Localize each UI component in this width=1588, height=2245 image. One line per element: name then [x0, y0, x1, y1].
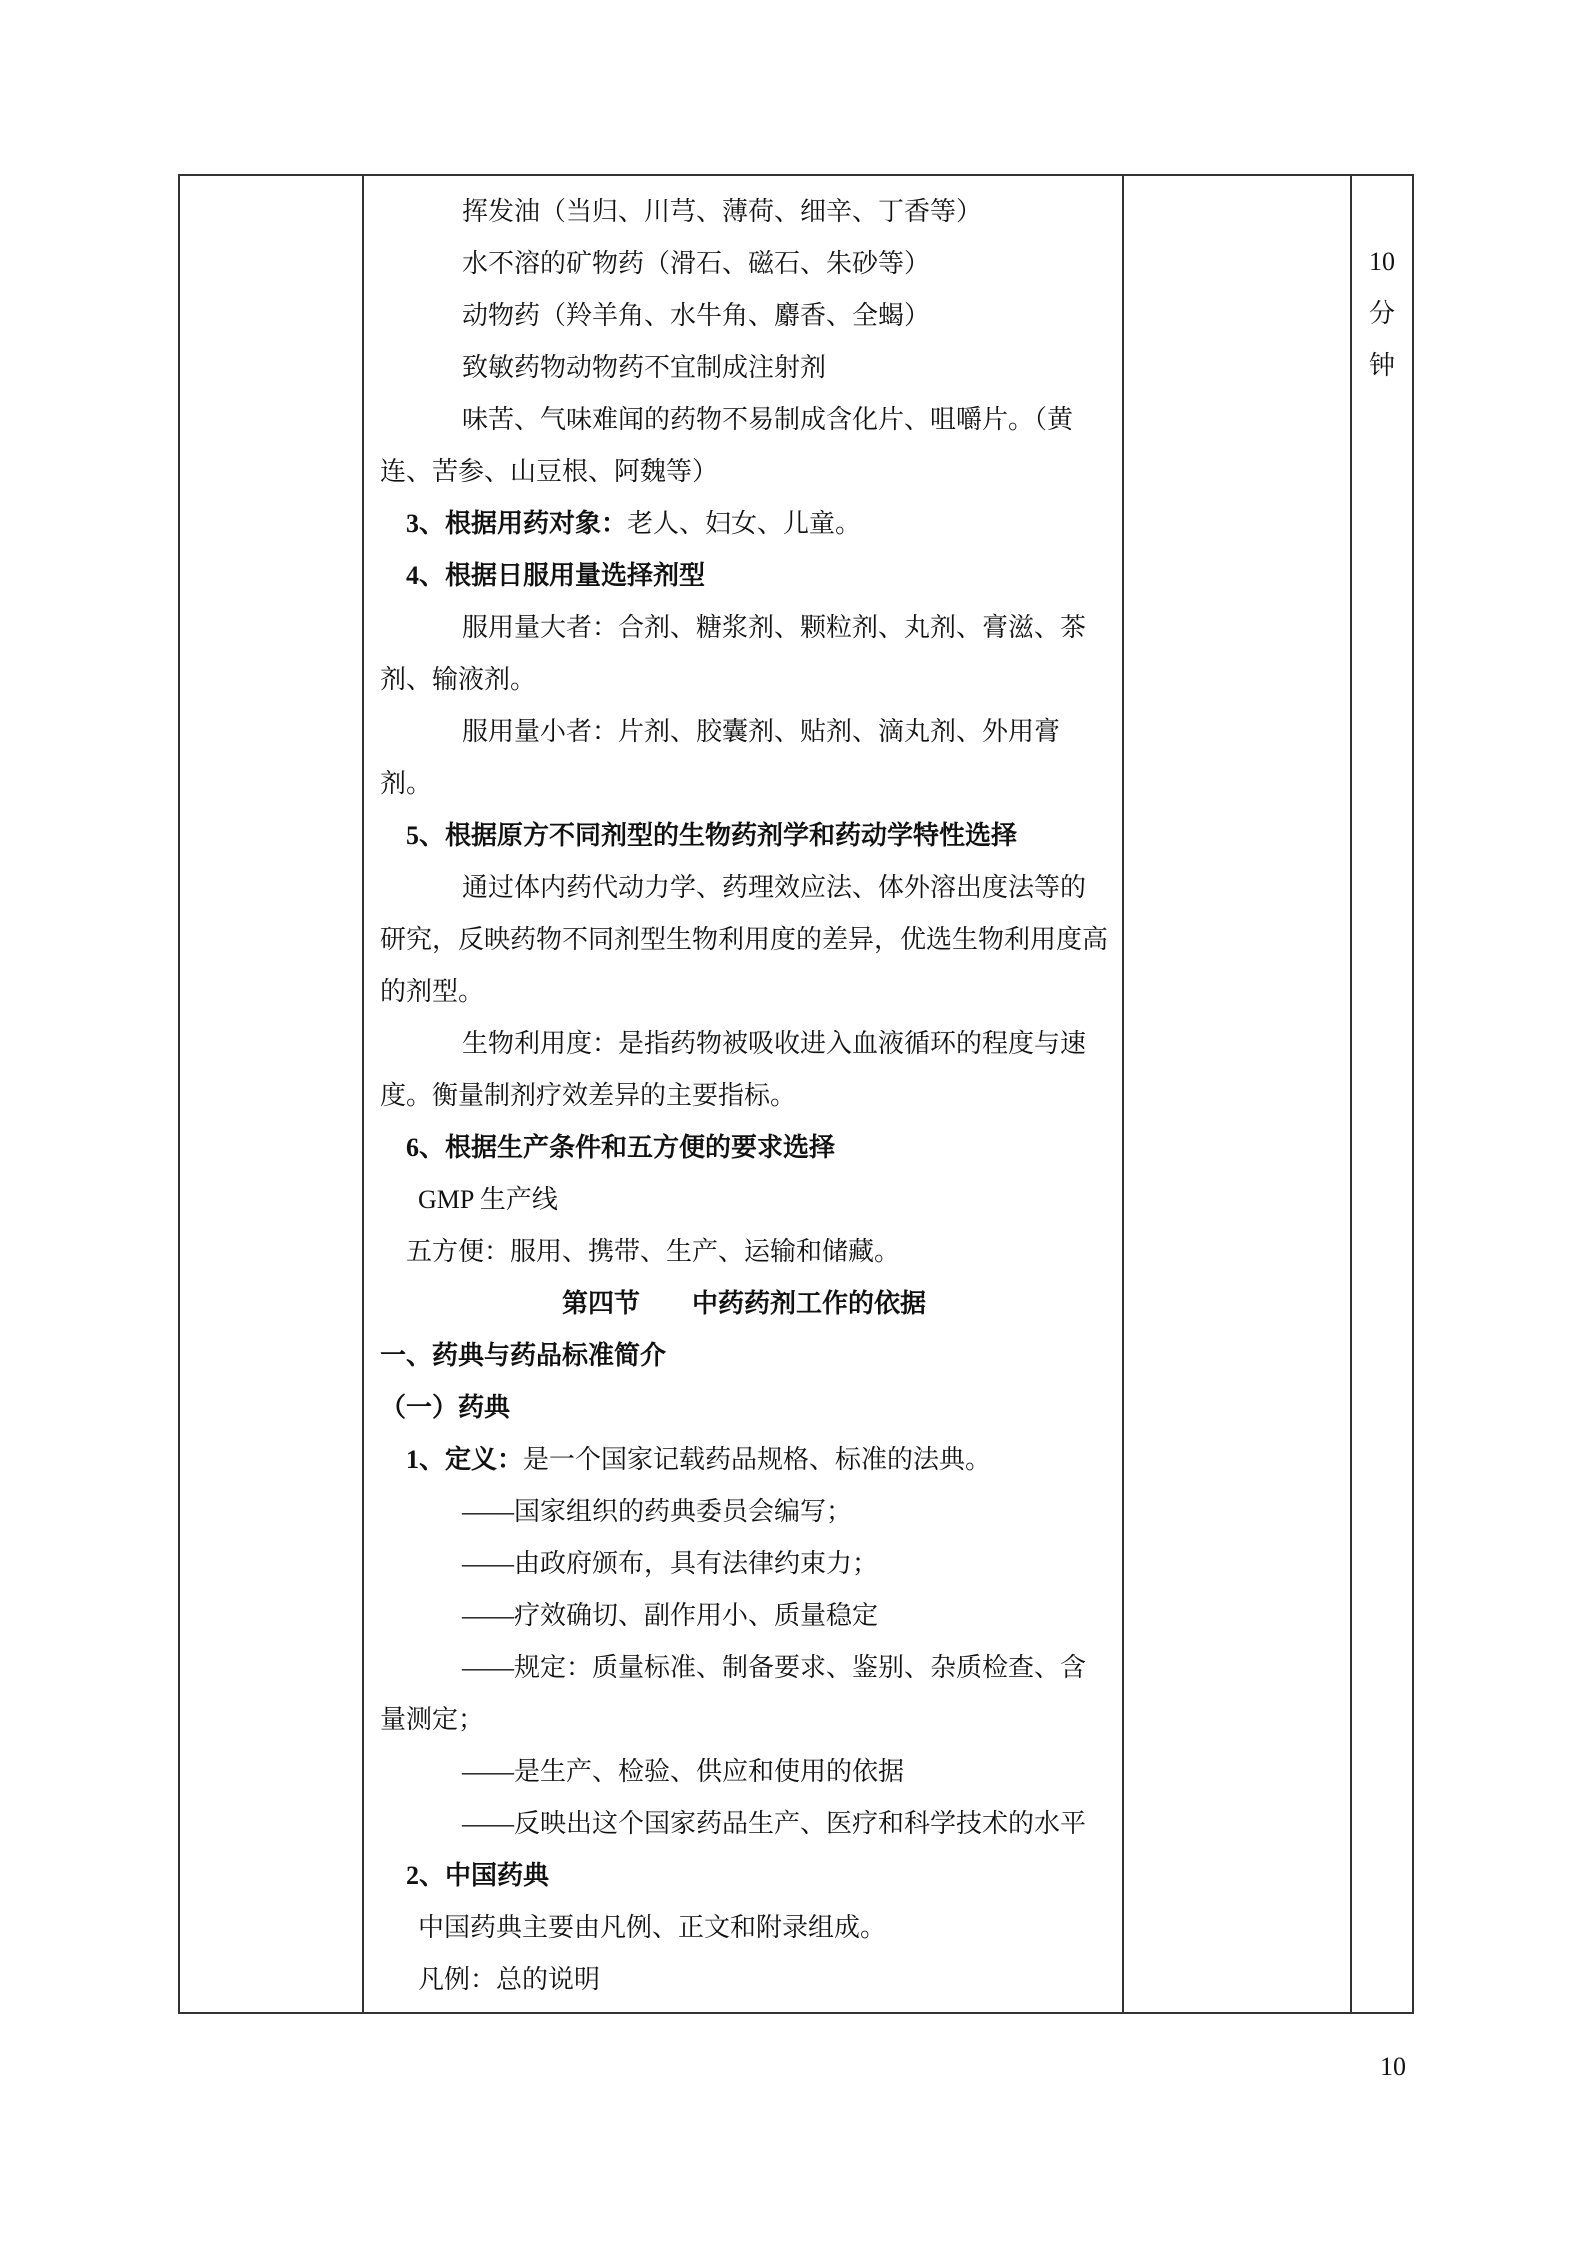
content-line-l10: GMP 生产线	[380, 1174, 1108, 1226]
content-line-s2: （一）药典	[380, 1382, 1108, 1434]
body-text: ——由政府颁布，具有法律约束力；	[462, 1549, 878, 1578]
content-line-l8: 通过体内药代动力学、药理效应法、体外溶出度法等的研究，反映药物不同剂型生物利用度…	[380, 862, 1108, 1018]
content-line-c3: 凡例：总的说明	[380, 1954, 1108, 2006]
content-line-l9: 生物利用度：是指药物被吸收进入血液循环的程度与速度。衡量制剂疗效差异的主要指标。	[380, 1018, 1108, 1122]
content-line-l7: 服用量小者：片剂、胶囊剂、贴剂、滴丸剂、外用膏剂。	[380, 706, 1108, 810]
content-line-d3: ——由政府颁布，具有法律约束力；	[380, 1538, 1108, 1590]
content-line-l4: 致敏药物动物药不宜制成注射剂	[380, 342, 1108, 394]
heading-text: 一、药典与药品标准简介	[380, 1341, 666, 1370]
content-line-l1: 挥发油（当归、川芎、薄荷、细辛、丁香等）	[380, 186, 1108, 238]
content-line-l2: 水不溶的矿物药（滑石、磁石、朱砂等）	[380, 238, 1108, 290]
content-line-h3: 3、根据用药对象：老人、妇女、儿童。	[380, 498, 1108, 550]
heading-text: 6、根据生产条件和五方便的要求选择	[406, 1133, 835, 1162]
content-line-h5: 5、根据原方不同剂型的生物药剂学和药动学特性选择	[380, 810, 1108, 862]
content-line-d1: 1、定义：是一个国家记载药品规格、标准的法典。	[380, 1434, 1108, 1486]
body-text: 服用量大者：合剂、糖浆剂、颗粒剂、丸剂、膏滋、茶剂、输液剂。	[380, 613, 1086, 694]
body-text: ——是生产、检验、供应和使用的依据	[462, 1757, 904, 1786]
body-text: 挥发油（当归、川芎、薄荷、细辛、丁香等）	[462, 197, 982, 226]
content-line-l5: 味苦、气味难闻的药物不易制成含化片、咀嚼片。（黄连、苦参、山豆根、阿魏等）	[380, 394, 1108, 498]
content-line-l3: 动物药（羚羊角、水牛角、麝香、全蝎）	[380, 290, 1108, 342]
lesson-plan-table: 挥发油（当归、川芎、薄荷、细辛、丁香等）水不溶的矿物药（滑石、磁石、朱砂等）动物…	[178, 174, 1414, 2014]
content-line-s1: 一、药典与药品标准简介	[380, 1330, 1108, 1382]
teaching-content-text: 挥发油（当归、川芎、薄荷、细辛、丁香等）水不溶的矿物药（滑石、磁石、朱砂等）动物…	[364, 176, 1122, 2006]
body-text: GMP 生产线	[418, 1185, 558, 1214]
body-text: 味苦、气味难闻的药物不易制成含化片、咀嚼片。（黄连、苦参、山豆根、阿魏等）	[380, 405, 1073, 486]
content-line-sec: 第四节 中药药剂工作的依据	[380, 1278, 1108, 1330]
column-time-allocation: 10 分 钟	[1351, 175, 1413, 2013]
body-text: 老人、妇女、儿童。	[627, 509, 861, 538]
body-text: 服用量小者：片剂、胶囊剂、贴剂、滴丸剂、外用膏剂。	[380, 717, 1060, 798]
time-value: 10	[1352, 236, 1412, 288]
heading-text: 1、定义：	[406, 1445, 523, 1474]
column-teaching-stage	[179, 175, 363, 2013]
content-line-d6: ——是生产、检验、供应和使用的依据	[380, 1746, 1108, 1798]
column-teaching-content: 挥发油（当归、川芎、薄荷、细辛、丁香等）水不溶的矿物药（滑石、磁石、朱砂等）动物…	[363, 175, 1123, 2013]
table-row: 挥发油（当归、川芎、薄荷、细辛、丁香等）水不溶的矿物药（滑石、磁石、朱砂等）动物…	[179, 175, 1413, 2013]
heading-text: 4、根据日服用量选择剂型	[406, 561, 705, 590]
body-text: ——疗效确切、副作用小、质量稳定	[462, 1601, 878, 1630]
content-line-h6: 6、根据生产条件和五方便的要求选择	[380, 1122, 1108, 1174]
content-line-h4: 4、根据日服用量选择剂型	[380, 550, 1108, 602]
content-line-c2: 中国药典主要由凡例、正文和附录组成。	[380, 1902, 1108, 1954]
body-text: 动物药（羚羊角、水牛角、麝香、全蝎）	[462, 301, 930, 330]
heading-text: （一）药典	[380, 1393, 510, 1422]
body-text: 水不溶的矿物药（滑石、磁石、朱砂等）	[462, 249, 930, 278]
heading-text: 3、根据用药对象：	[406, 509, 627, 538]
content-line-d2: ——国家组织的药典委员会编写；	[380, 1486, 1108, 1538]
body-text: ——规定：质量标准、制备要求、鉴别、杂质检查、含量测定；	[380, 1653, 1086, 1734]
body-text: 生物利用度：是指药物被吸收进入血液循环的程度与速度。衡量制剂疗效差异的主要指标。	[380, 1029, 1086, 1110]
page-number: 10	[1380, 2052, 1406, 2082]
column-teaching-method	[1123, 175, 1351, 2013]
document-page: 挥发油（当归、川芎、薄荷、细辛、丁香等）水不溶的矿物药（滑石、磁石、朱砂等）动物…	[0, 0, 1588, 2245]
body-text: ——反映出这个国家药品生产、医疗和科学技术的水平	[462, 1809, 1086, 1838]
time-allocation: 10 分 钟	[1352, 236, 1412, 392]
content-line-l6: 服用量大者：合剂、糖浆剂、颗粒剂、丸剂、膏滋、茶剂、输液剂。	[380, 602, 1108, 706]
time-unit-char-1: 分	[1352, 288, 1412, 340]
heading-text: 5、根据原方不同剂型的生物药剂学和药动学特性选择	[406, 821, 1017, 850]
content-line-d4: ——疗效确切、副作用小、质量稳定	[380, 1590, 1108, 1642]
content-line-c1: 2、中国药典	[380, 1850, 1108, 1902]
content-line-d7: ——反映出这个国家药品生产、医疗和科学技术的水平	[380, 1798, 1108, 1850]
body-text: 致敏药物动物药不宜制成注射剂	[462, 353, 826, 382]
body-text: 中国药典主要由凡例、正文和附录组成。	[418, 1913, 886, 1942]
body-text: 是一个国家记载药品规格、标准的法典。	[523, 1445, 991, 1474]
time-unit-char-2: 钟	[1352, 340, 1412, 392]
content-line-d5: ——规定：质量标准、制备要求、鉴别、杂质检查、含量测定；	[380, 1642, 1108, 1746]
body-text: 凡例：总的说明	[418, 1965, 600, 1994]
content-line-l11: 五方便：服用、携带、生产、运输和储藏。	[380, 1226, 1108, 1278]
heading-text: 2、中国药典	[406, 1861, 549, 1890]
body-text: 五方便：服用、携带、生产、运输和储藏。	[406, 1237, 900, 1266]
body-text: 通过体内药代动力学、药理效应法、体外溶出度法等的研究，反映药物不同剂型生物利用度…	[380, 873, 1108, 1006]
heading-text: 第四节 中药药剂工作的依据	[562, 1289, 926, 1318]
body-text: ——国家组织的药典委员会编写；	[462, 1497, 852, 1526]
